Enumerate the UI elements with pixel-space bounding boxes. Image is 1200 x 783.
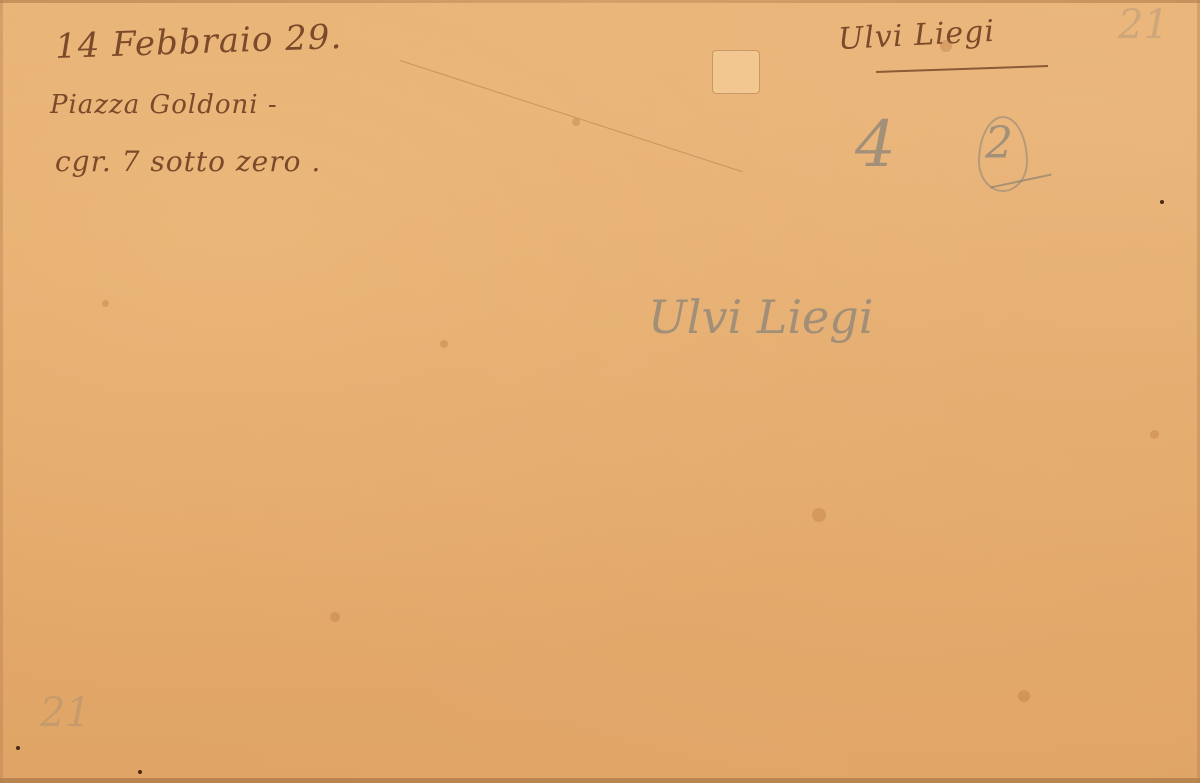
foxing-stain — [440, 340, 448, 348]
foxing-stain — [1018, 690, 1030, 702]
bottom-edge — [0, 778, 1200, 783]
pencil-number-circled: 2 — [985, 118, 1013, 169]
foxing-stain — [102, 300, 109, 307]
foxing-stain — [572, 118, 580, 126]
foxing-stain — [330, 612, 340, 622]
faint-mark-bottom-left: 21 — [40, 690, 91, 736]
nail-hole — [138, 770, 142, 774]
pencil-signature: Ulvi Liegi — [648, 290, 873, 344]
torn-label-remnant — [712, 50, 760, 94]
inscription-date: 14 Febbraio 29. — [54, 17, 342, 67]
top-edge — [0, 0, 1200, 3]
foxing-stain — [1150, 430, 1159, 439]
ink-signature: Ulvi Liegi — [837, 14, 996, 57]
foxing-stain — [812, 508, 826, 522]
faint-mark-top-right: 21 — [1118, 2, 1169, 48]
surface-crack — [400, 60, 743, 172]
pencil-number-4: 4 — [855, 108, 896, 182]
nail-hole — [16, 746, 20, 750]
inscription-temperature: cgr. 7 sotto zero . — [55, 145, 321, 178]
left-edge — [0, 0, 3, 783]
signature-underline — [876, 65, 1048, 73]
inscription-location: Piazza Goldoni - — [50, 90, 278, 120]
nail-hole — [1160, 200, 1164, 204]
cardboard-panel-back: 14 Febbraio 29. Piazza Goldoni - cgr. 7 … — [0, 0, 1200, 783]
